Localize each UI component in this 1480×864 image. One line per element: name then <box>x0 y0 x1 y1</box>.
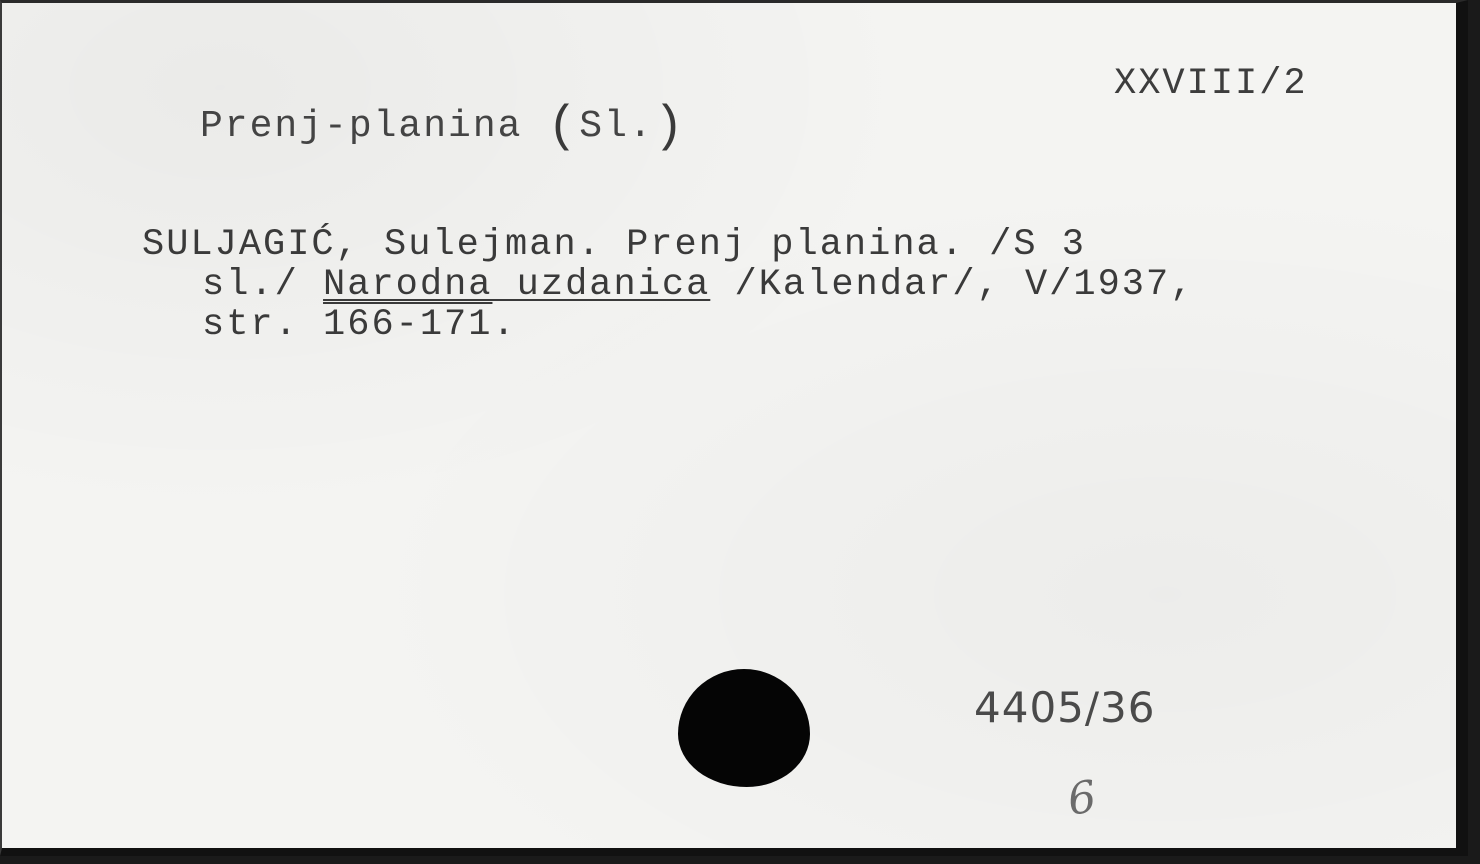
article-title: Prenj planina. <box>602 224 965 266</box>
handwritten-note: 6 <box>1065 771 1100 825</box>
journal-subtitle: /Kalendar/ <box>710 264 976 306</box>
subject-heading: Prenj-planina (Sl.) <box>200 95 686 152</box>
catalog-card: Prenj-planina (Sl.) XXVIII/2 SULJAGIĆ, S… <box>0 0 1468 856</box>
heading-title: Prenj-planina <box>200 105 522 148</box>
entry-line-1: SULJAGIĆ, Sulejman. Prenj planina. /S 3 <box>142 224 1086 266</box>
pages-prefix: str. <box>202 304 323 346</box>
open-paren: ( <box>547 99 579 156</box>
entry-line-2: sl./ Narodna uzdanica /Kalendar/, V/1937… <box>142 265 1194 305</box>
call-number: XXVIII/2 <box>1114 63 1308 105</box>
close-paren: ) <box>654 99 686 156</box>
bracket-note-start: /S 3 <box>965 224 1086 266</box>
journal-title: Narodna uzdanica <box>323 264 710 306</box>
entry-line-3: str. 166-171. <box>142 305 1194 345</box>
pages: 166-171 <box>323 304 492 346</box>
bracket-note-end: sl./ <box>202 264 299 306</box>
bibliographic-entry: SULJAGIĆ, Sulejman. Prenj planina. /S 3 … <box>142 225 1194 345</box>
pages-end: . <box>492 304 516 346</box>
heading-qualifier: Sl. <box>579 105 653 148</box>
issue: , V/1937, <box>977 264 1195 306</box>
punch-hole <box>678 669 810 787</box>
author: SULJAGIĆ, Sulejman. <box>142 224 602 266</box>
accession-number: 4405/36 <box>974 683 1155 732</box>
